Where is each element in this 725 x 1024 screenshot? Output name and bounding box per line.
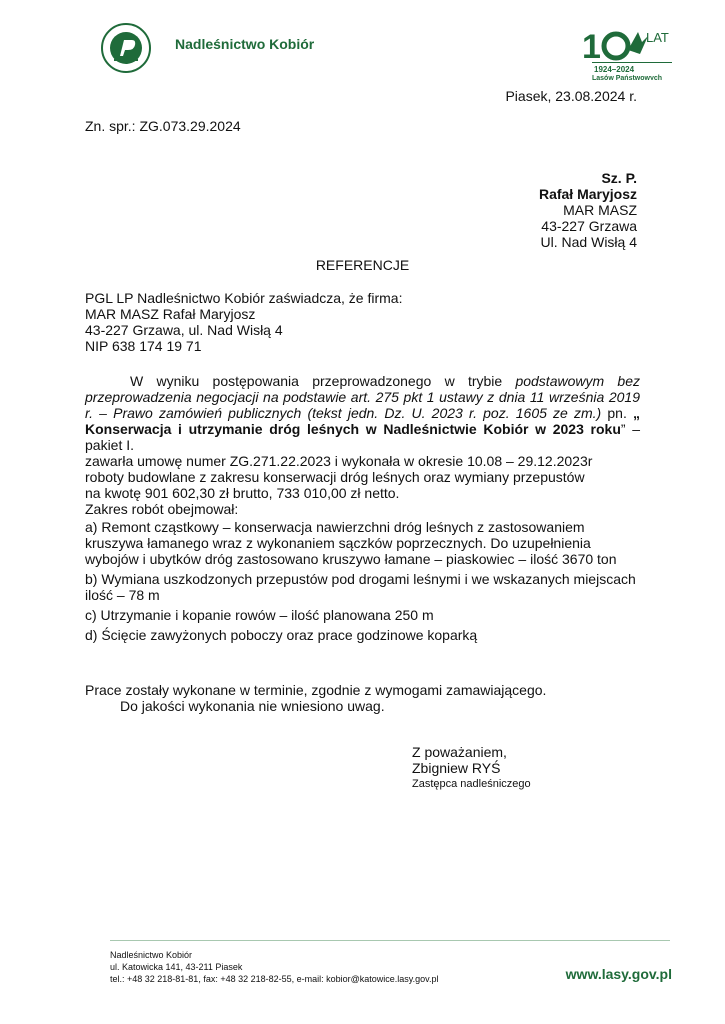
intro-line: 43-227 Grzawa, ul. Nad Wisłą 4 bbox=[85, 322, 402, 338]
svg-text:1924–2024: 1924–2024 bbox=[594, 65, 635, 74]
intro-line: PGL LP Nadleśnictwo Kobiór zaświadcza, ż… bbox=[85, 290, 402, 306]
svg-text:LAT: LAT bbox=[646, 30, 669, 45]
scope-item: b) Wymiana uszkodzonych przepustów pod d… bbox=[85, 571, 640, 603]
signature-role: Zastępca nadleśniczego bbox=[412, 776, 531, 792]
signature-block: Z poważaniem, Zbigniew RYŚ Zastępca nadl… bbox=[412, 744, 531, 792]
footer-divider bbox=[110, 940, 670, 941]
intro-line: NIP 638 174 19 71 bbox=[85, 338, 402, 354]
letter-body: W wyniku postępowania przeprowadzonego w… bbox=[85, 373, 640, 647]
scope-item: a) Remont cząstkowy – konserwacja nawier… bbox=[85, 519, 640, 567]
recipient-salutation: Sz. P. bbox=[539, 170, 637, 186]
closing-line: Do jakości wykonania nie wniesiono uwag. bbox=[85, 698, 546, 714]
footer-phone-email: tel.: +48 32 218-81-81, fax: +48 32 218-… bbox=[110, 973, 439, 985]
recipient-postal: 43-227 Grzawa bbox=[539, 218, 637, 234]
place-date: Piasek, 23.08.2024 r. bbox=[505, 88, 637, 104]
main-paragraph: W wyniku postępowania przeprowadzonego w… bbox=[85, 373, 640, 453]
svg-text:Lasów Państwowych: Lasów Państwowych bbox=[592, 75, 662, 80]
recipient-company: MAR MASZ bbox=[539, 202, 637, 218]
signature-name: Zbigniew RYŚ bbox=[412, 760, 531, 776]
closing-line: Prace zostały wykonane w terminie, zgodn… bbox=[85, 682, 546, 698]
closing-block: Prace zostały wykonane w terminie, zgodn… bbox=[85, 682, 546, 714]
recipient-street: Ul. Nad Wisłą 4 bbox=[539, 234, 637, 250]
recipient-block: Sz. P. Rafał Maryjosz MAR MASZ 43-227 Gr… bbox=[539, 170, 637, 250]
paragraph-text: pn. bbox=[601, 405, 633, 421]
paragraph-text: W wyniku postępowania przeprowadzonego w… bbox=[130, 373, 515, 389]
contract-line: Zakres robót obejmował: bbox=[85, 501, 640, 517]
contract-line: zawarła umowę numer ZG.271.22.2023 i wyk… bbox=[85, 453, 640, 469]
scope-item: c) Utrzymanie i kopanie rowów – ilość pl… bbox=[85, 607, 640, 623]
org-name: Nadleśnictwo Kobiór bbox=[175, 36, 314, 52]
contract-line: na kwotę 901 602,30 zł brutto, 733 010,0… bbox=[85, 485, 640, 501]
signature-greeting: Z poważaniem, bbox=[412, 744, 531, 760]
lasy-panstwowe-logo bbox=[100, 22, 152, 74]
intro-block: PGL LP Nadleśnictwo Kobiór zaświadcza, ż… bbox=[85, 290, 402, 354]
website-link[interactable]: www.lasy.gov.pl bbox=[566, 966, 672, 982]
footer-contact: Nadleśnictwo Kobiór ul. Katowicka 141, 4… bbox=[110, 949, 439, 985]
recipient-name: Rafał Maryjosz bbox=[539, 186, 637, 202]
document-title: REFERENCJE bbox=[0, 257, 725, 273]
reference-number: Zn. spr.: ZG.073.29.2024 bbox=[85, 118, 241, 134]
footer-org: Nadleśnictwo Kobiór bbox=[110, 949, 439, 961]
svg-text:1: 1 bbox=[582, 28, 601, 66]
scope-item: d) Ścięcie zawyżonych poboczy oraz prace… bbox=[85, 627, 640, 643]
footer-address: ul. Katowicka 141, 43-211 Piasek bbox=[110, 961, 439, 973]
contract-line: roboty budowlane z zakresu konserwacji d… bbox=[85, 469, 640, 485]
intro-line: MAR MASZ Rafał Maryjosz bbox=[85, 306, 402, 322]
anniversary-logo: 1 LAT 1924–2024 Lasów Państwowych bbox=[580, 22, 680, 80]
